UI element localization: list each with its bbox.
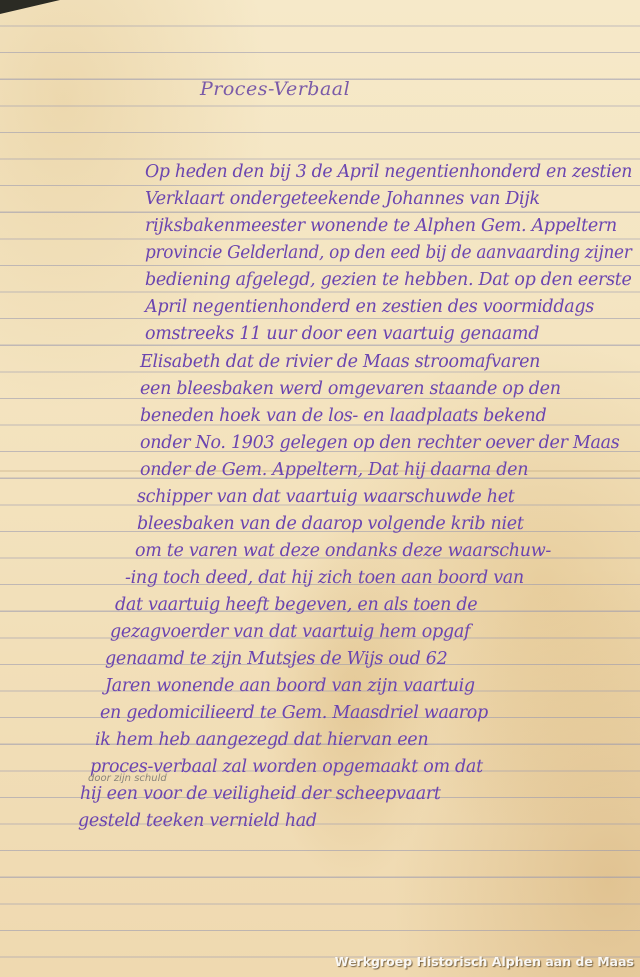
text-line: hij een voor de veiligheid der scheepvaa…	[80, 784, 441, 804]
text-line: Op heden den bij 3 de April negentienhon…	[145, 162, 632, 182]
text-line: en gedomicilieerd te Gem. Maasdriel waar…	[100, 703, 488, 723]
text-line: omstreeks 11 uur door een vaartuig genaa…	[145, 324, 539, 344]
watermark: Werkgroep Historisch Alphen aan de Maas	[335, 954, 634, 969]
text-line: beneden hoek van de los- en laadplaats b…	[140, 406, 546, 426]
text-line: April negentienhonderd en zestien des vo…	[145, 297, 594, 317]
text-line: rijksbakenmeester wonende te Alphen Gem.…	[145, 216, 617, 236]
text-line: om te varen wat deze ondanks deze waarsc…	[135, 541, 551, 561]
text-line: gesteld teeken vernield had	[78, 811, 317, 831]
text-line: schipper van dat vaartuig waarschuwde he…	[137, 487, 515, 507]
text-line: provincie Gelderland, op den eed bij de …	[145, 243, 632, 263]
text-line: Verklaart ondergeteekende Johannes van D…	[145, 189, 540, 209]
text-line: Jaren wonende aan boord van zijn vaartui…	[105, 676, 475, 696]
text-line: dat vaartuig heeft begeven, en als toen …	[115, 595, 477, 615]
text-line: bediening afgelegd, gezien te hebben. Da…	[145, 270, 632, 290]
text-line: ik hem heb aangezegd dat hiervan een	[95, 730, 428, 750]
text-line: een bleesbaken werd omgevaren staande op…	[140, 379, 561, 399]
text-line: onder de Gem. Appeltern, Dat hij daarna …	[140, 460, 528, 480]
text-line: gezagvoerder van dat vaartuig hem opgaf	[110, 622, 470, 642]
text-line: bleesbaken van de daarop volgende krib n…	[137, 514, 524, 534]
pencil-annotation: door zijn schuld	[88, 773, 167, 784]
text-line: -ing toch deed, dat hij zich toen aan bo…	[125, 568, 524, 588]
text-line: onder No. 1903 gelegen op den rechter oe…	[140, 433, 620, 453]
text-line: genaamd te zijn Mutsjes de Wijs oud 62	[105, 649, 447, 669]
document-page: Proces-Verbaal Op heden den bij 3 de Apr…	[0, 0, 640, 977]
text-line: Elisabeth dat de rivier de Maas stroomaf…	[140, 352, 540, 372]
document-title: Proces-Verbaal	[200, 78, 350, 100]
